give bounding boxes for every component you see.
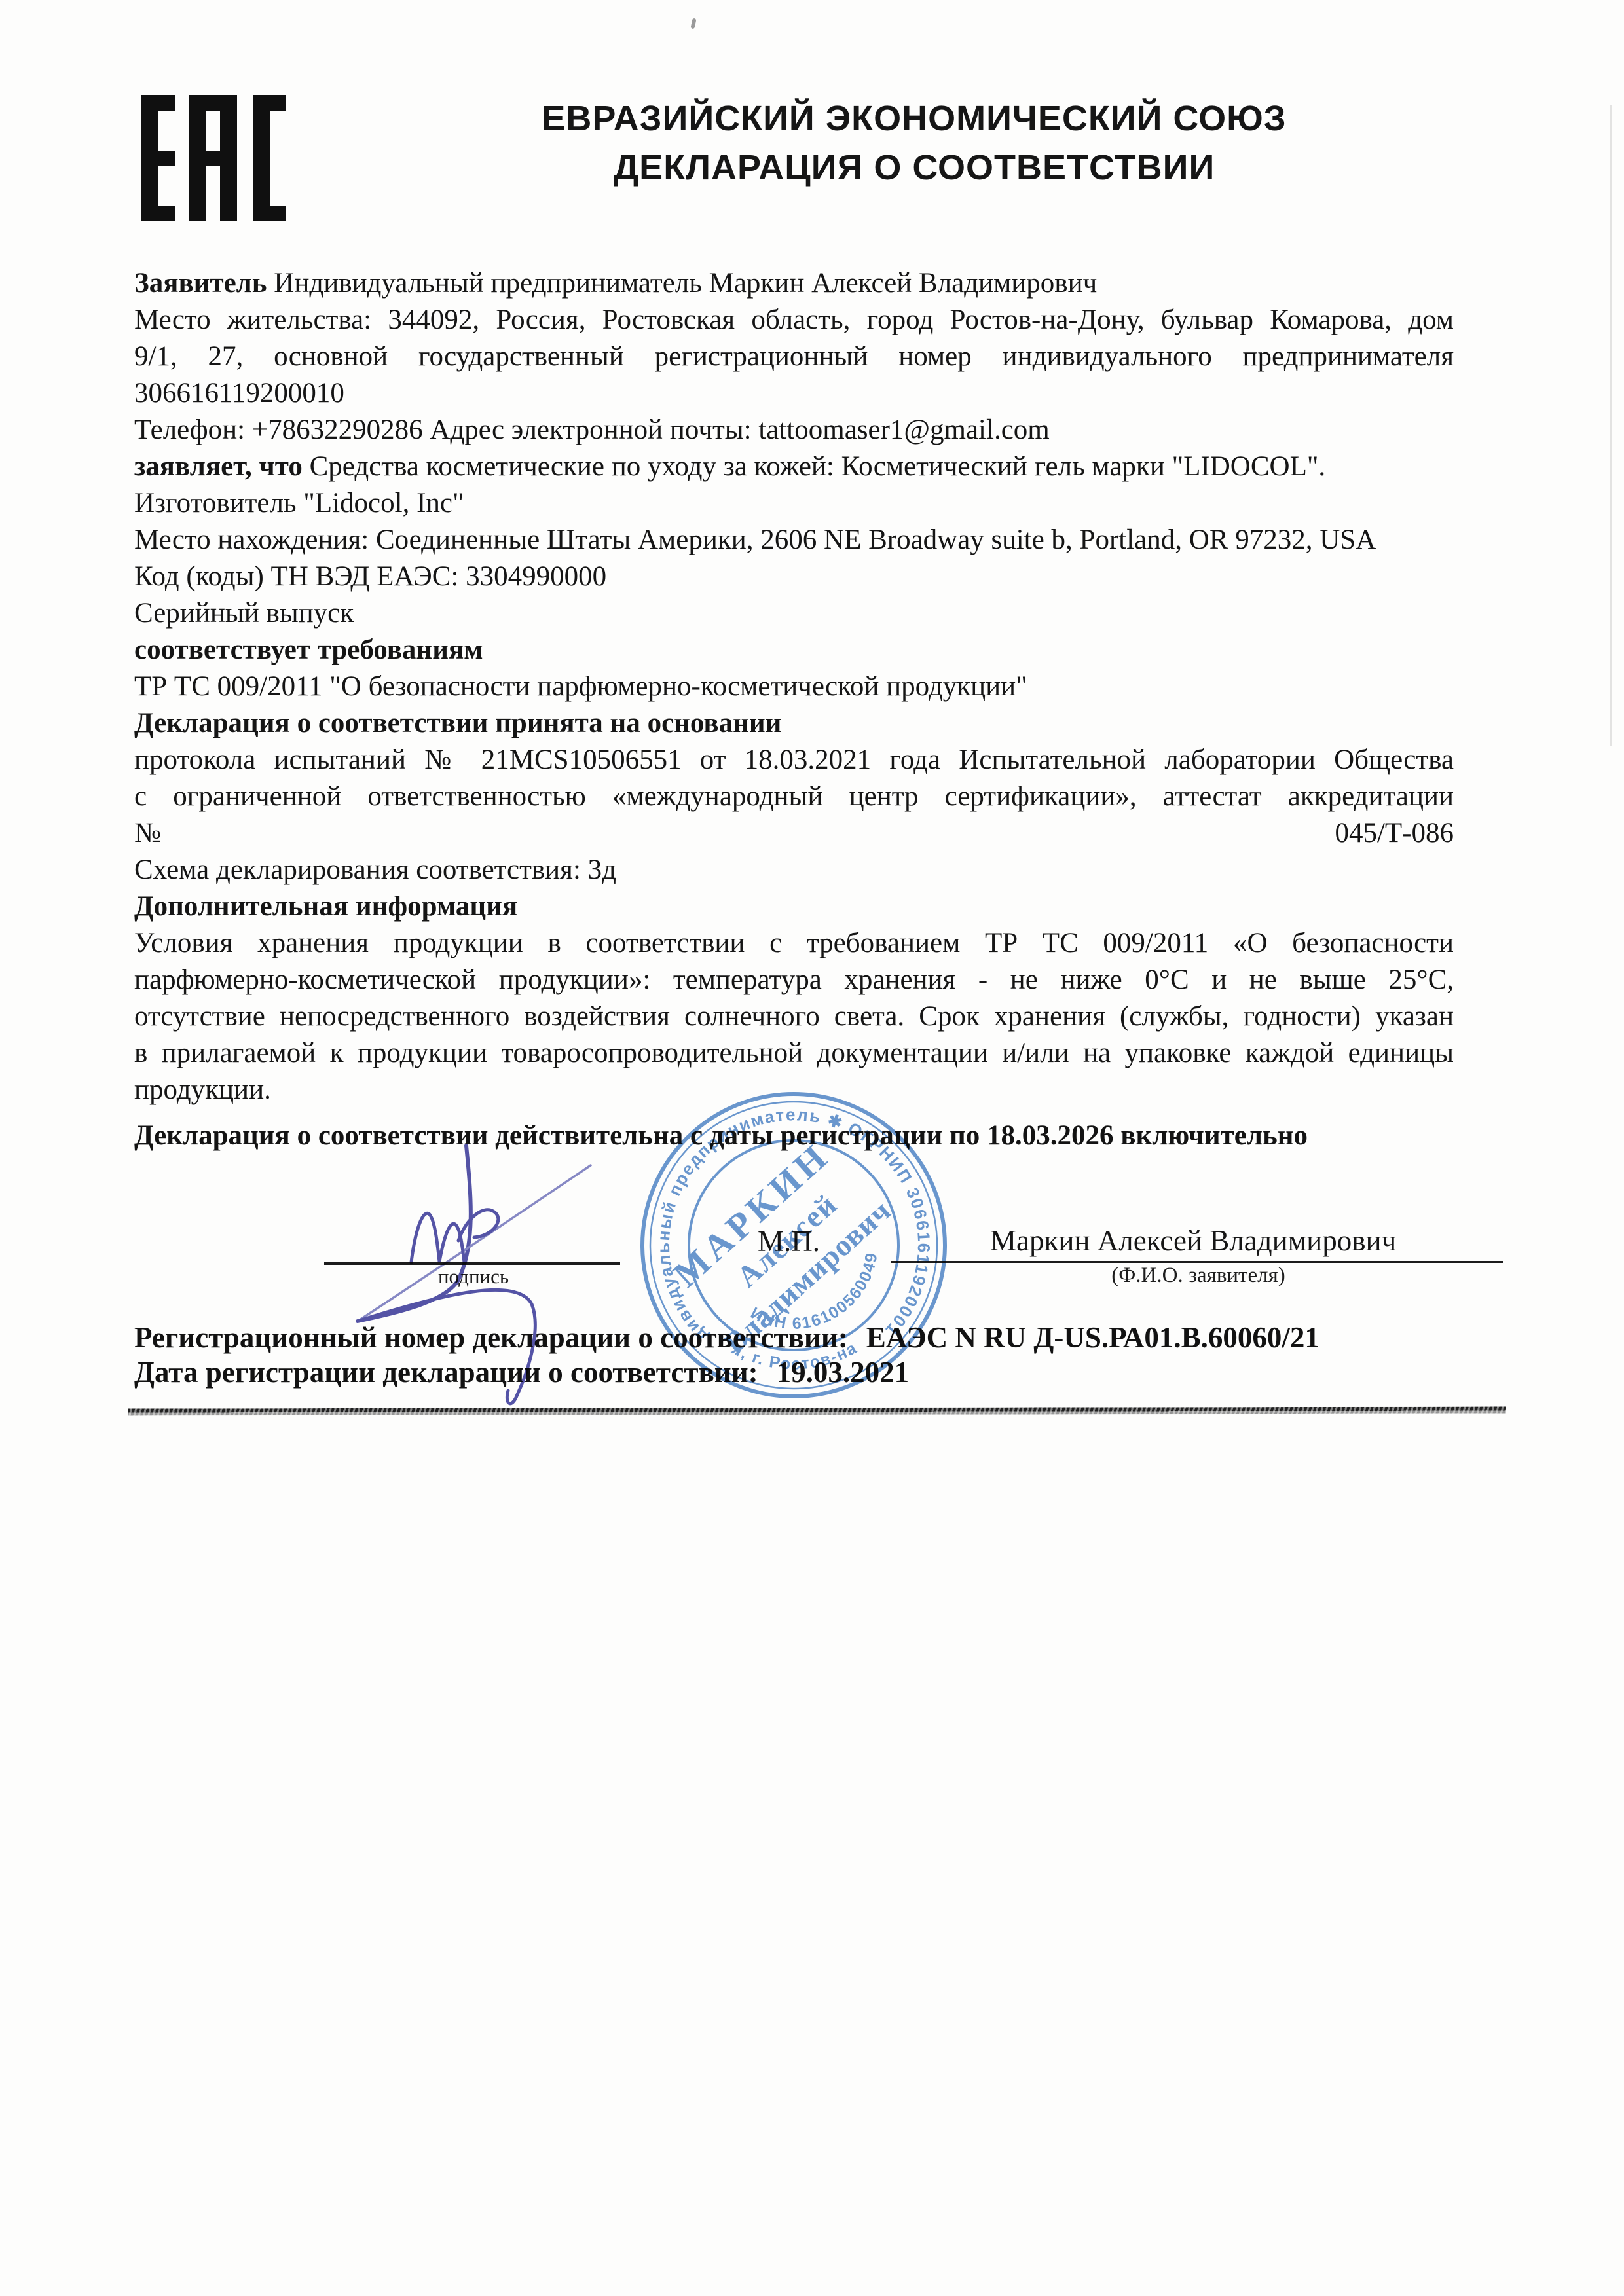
union-title: ЕВРАЗИЙСКИЙ ЭКОНОМИЧЕСКИЙ СОЮЗ bbox=[259, 94, 1569, 143]
signature-caption: подпись bbox=[411, 1265, 536, 1288]
document-header: ЕВРАЗИЙСКИЙ ЭКОНОМИЧЕСКИЙ СОЮЗ ДЕКЛАРАЦИ… bbox=[259, 94, 1569, 192]
applicant-line: Заявитель Индивидуальный предприниматель… bbox=[134, 265, 1454, 302]
phone-email-line: Телефон: +78632290286 Адрес электронной … bbox=[134, 412, 1454, 448]
scheme-line: Схема декларирования соответствия: 3д bbox=[134, 852, 1454, 888]
validity-statement: Декларация о соответствии действительна … bbox=[134, 1120, 1509, 1152]
mp-seal-mark: М.П. bbox=[758, 1224, 820, 1258]
additional-info-heading: Дополнительная информация bbox=[134, 888, 1454, 925]
protocol-line-1: протокола испытаний № 21MCS10506551 от 1… bbox=[134, 742, 1454, 778]
scan-edge-artifact bbox=[1610, 105, 1612, 746]
scan-speck bbox=[690, 18, 696, 29]
ogrnip-line: 306616119200010 bbox=[134, 375, 1454, 412]
tnved-code-line: Код (коды) ТН ВЭД ЕАЭС: 3304990000 bbox=[134, 558, 1454, 595]
applicant-name-caption: (Ф.И.О. заявителя) bbox=[1061, 1264, 1336, 1288]
document-title: ДЕКЛАРАЦИЯ О СООТВЕТСТВИИ bbox=[259, 143, 1569, 192]
tr-ts-line: ТР ТС 009/2011 "О безопасности парфюмерн… bbox=[134, 668, 1454, 705]
address-line-2: 9/1, 27, основной государственный регист… bbox=[134, 338, 1454, 375]
declares-line: заявляет, что Средства косметические по … bbox=[134, 448, 1454, 485]
registration-date-line: Дата регистрации декларации о соответств… bbox=[134, 1355, 909, 1389]
registration-date-value: 19.03.2021 bbox=[777, 1356, 910, 1389]
complies-heading: соответствует требованиям bbox=[134, 632, 1454, 668]
serial-release-line: Серийный выпуск bbox=[134, 595, 1454, 632]
registration-number-value: ЕАЭС N RU Д-US.РА01.В.60060/21 bbox=[866, 1321, 1319, 1354]
declaration-body: Заявитель Индивидуальный предприниматель… bbox=[134, 265, 1454, 1108]
registration-number-line: Регистрационный номер декларации о соотв… bbox=[134, 1321, 1319, 1355]
stamp-center-line1: МАРКИН bbox=[666, 1135, 838, 1295]
applicant-name: Маркин Алексей Владимирович bbox=[990, 1224, 1396, 1258]
storage-line-5: продукции. bbox=[134, 1072, 1454, 1108]
storage-line-2: парфюмерно-косметической продукции»: тем… bbox=[134, 962, 1454, 998]
applicant-name-line bbox=[891, 1261, 1503, 1263]
basis-heading: Декларация о соответствии принята на осн… bbox=[134, 705, 1454, 742]
manufacturer-address-line: Место нахождения: Соединенные Штаты Амер… bbox=[134, 522, 1454, 558]
bottom-divider-rule bbox=[128, 1407, 1506, 1416]
storage-line-3: отсутствие непосредственного воздействия… bbox=[134, 998, 1454, 1035]
protocol-line-2: с ограниченной ответственностью «междуна… bbox=[134, 778, 1454, 815]
address-line-1: Место жительства: 344092, Россия, Ростов… bbox=[134, 302, 1454, 338]
storage-line-4: в прилагаемой к продукции товаросопровод… bbox=[134, 1035, 1454, 1072]
manufacturer-line: Изготовитель "Lidocol, Inc" bbox=[134, 485, 1454, 522]
accreditation-number-line: №045/Т-086 bbox=[134, 815, 1454, 852]
declaration-document: ЕВРАЗИЙСКИЙ ЭКОНОМИЧЕСКИЙ СОЮЗ ДЕКЛАРАЦИ… bbox=[0, 0, 1624, 2296]
storage-line-1: Условия хранения продукции в соответстви… bbox=[134, 925, 1454, 962]
